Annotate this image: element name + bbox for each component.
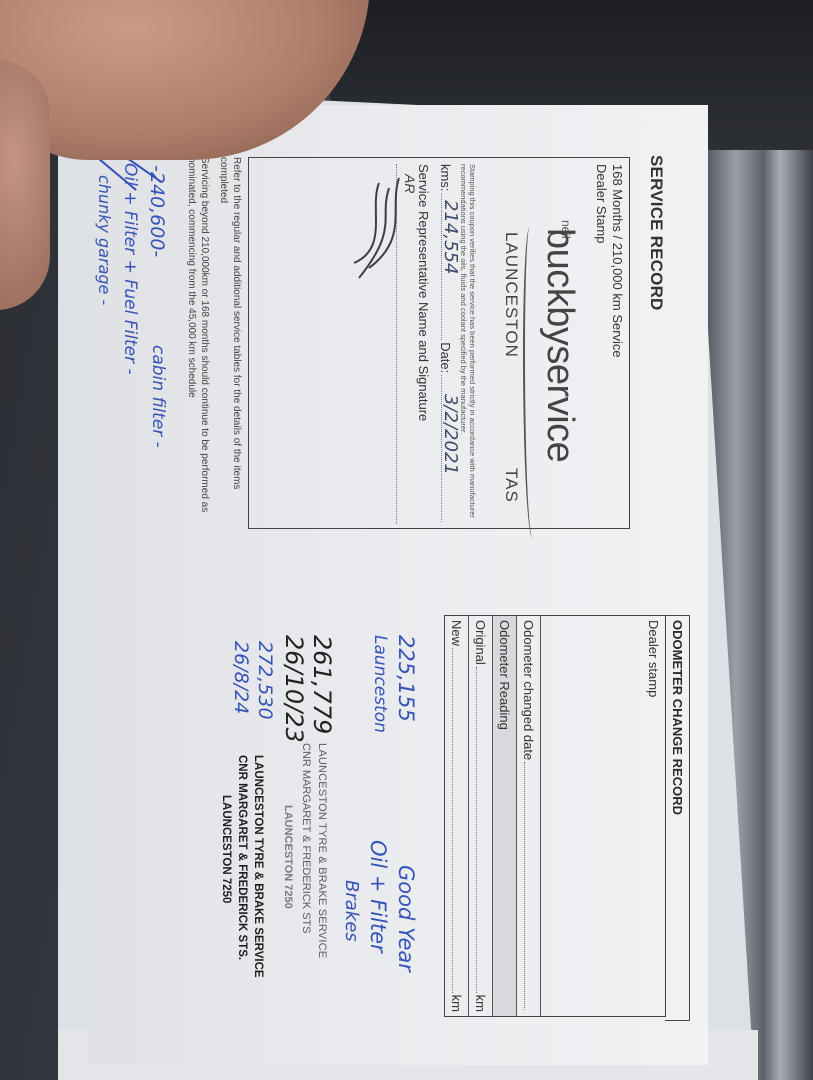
handwritten-location: Launceston <box>370 635 390 733</box>
odometer-reading-header: Odometer Reading <box>493 616 517 1016</box>
handwritten-km-272530: 272,530 <box>254 641 276 720</box>
handwritten-date-261023: 26/10/23 <box>280 635 308 743</box>
odometer-change-section: ODOMETER CHANGE RECORD Dealer stamp Odom… <box>88 615 708 1035</box>
service-interval: 168 Months / 210,000 km Service <box>610 164 625 358</box>
original-km-unit: km <box>473 995 488 1012</box>
verification-fine-print: Stamping this coupon verifies that the s… <box>458 164 477 524</box>
new-dotted-line <box>452 648 461 993</box>
original-dotted-line <box>476 667 485 993</box>
stamp-city: LAUNCESTON <box>501 232 521 358</box>
original-label: Original <box>473 620 488 665</box>
date-handwritten-value: 3/2/2021 <box>440 394 461 475</box>
handwritten-shop-goodyear: Good Year <box>394 865 418 972</box>
handwritten-oil-filter: Oil + Filter + Fuel Filter - <box>120 163 140 375</box>
odometer-new-row: New km <box>445 616 469 1016</box>
handwritten-cabin-filter: cabin filter - <box>148 345 168 448</box>
tyre-stamp-2-line2: CNR MARGARET & FREDERICK STS. <box>236 755 248 960</box>
new-label: New <box>449 620 464 646</box>
thumb <box>0 60 50 310</box>
handwritten-km-225155: 225,155 <box>394 635 418 722</box>
odometer-dealer-stamp-label: Dealer stamp <box>646 620 661 697</box>
reading-label: Odometer Reading <box>497 620 512 730</box>
date-label: Date: <box>438 342 453 373</box>
handwritten-oil-filter: Oil + Filter <box>366 840 390 953</box>
dealer-stamp-label: Dealer Stamp <box>594 164 609 243</box>
odometer-record-box: Dealer stamp Odometer changed date Odome… <box>444 615 666 1017</box>
handwritten-brakes: Brakes <box>341 880 362 942</box>
changed-date-dotted-line <box>524 762 533 1010</box>
refer-instructions: Refer to the regular and additional serv… <box>217 157 242 537</box>
new-km-unit: km <box>449 995 464 1012</box>
stamp-state: TAS <box>501 468 521 503</box>
odometer-original-row: Original km <box>469 616 493 1016</box>
handwritten-date-26824: 26/8/24 <box>230 641 252 714</box>
kms-date-row: kms: Date: 214,554 3/2/2021 <box>438 164 453 524</box>
rep-initials: AR <box>402 173 418 193</box>
signature-icon: AR <box>349 168 429 288</box>
service-booklet-page: SERVICE RECORD 168 Months / 210,000 km S… <box>88 105 708 1065</box>
kms-handwritten-value: 214,554 <box>440 200 461 274</box>
tyre-stamp-1-line3: LAUNCESTON 7250 <box>282 805 294 909</box>
tyre-stamp-2-line1: LAUNCESTON TYRE & BRAKE SERVICE <box>252 755 264 978</box>
odometer-record-title: ODOMETER CHANGE RECORD <box>665 615 690 1021</box>
stamp-swoosh-icon <box>523 228 539 538</box>
tyre-stamp-1-line2: CNR MARGARET & FREDERICK STS <box>300 743 312 934</box>
tyre-stamp-1-line1: LAUNCESTON TYRE & BRAKE SERVICE <box>316 743 328 958</box>
handwritten-garage: chunky garage - <box>95 175 114 305</box>
service-record-section: SERVICE RECORD 168 Months / 210,000 km S… <box>88 145 708 585</box>
changed-date-label: Odometer changed date <box>521 620 536 760</box>
stamp-brand: buckbyservice <box>538 228 581 462</box>
service-record-box: 168 Months / 210,000 km Service Dealer S… <box>248 157 630 529</box>
service-record-title: SERVICE RECORD <box>646 155 666 311</box>
odometer-changed-date-row: Odometer changed date <box>517 616 541 1016</box>
beyond-schedule-instructions: Servicing beyond 210,000km or 168 months… <box>185 157 210 537</box>
handwritten-km-261779: 261,779 <box>308 635 336 734</box>
kms-label: kms: <box>438 164 453 191</box>
tyre-stamp-2-line3: LAUNCESTON 7250 <box>220 795 232 903</box>
